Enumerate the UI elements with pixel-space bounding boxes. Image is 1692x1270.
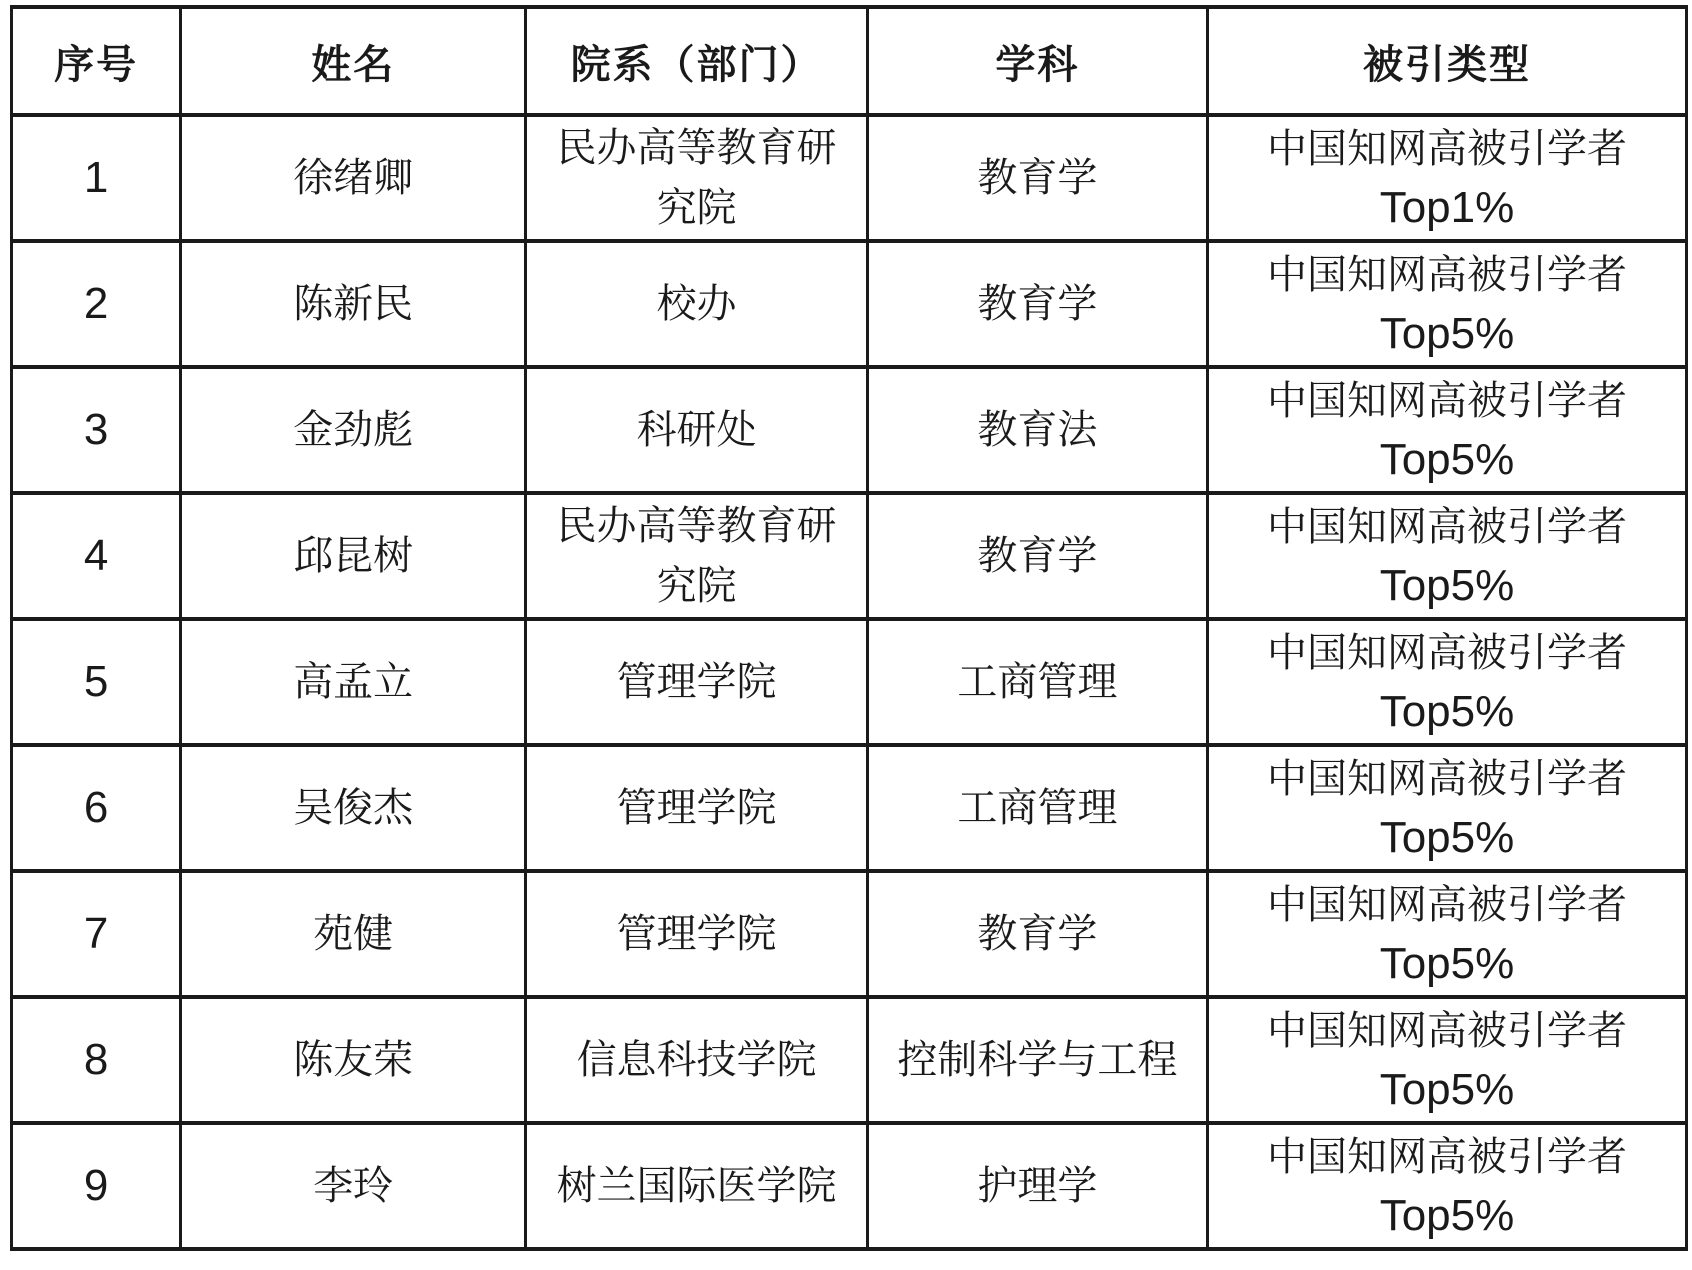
row-number: 9 bbox=[84, 1161, 108, 1210]
cell-dept: 管理学院 bbox=[526, 745, 868, 871]
cell-name: 陈友荣 bbox=[181, 997, 526, 1123]
cell-name: 金劲彪 bbox=[181, 367, 526, 493]
cite-type-label: 中国知网高被引学者 bbox=[1209, 371, 1685, 431]
cell-dept: 民办高等教育研究院 bbox=[526, 493, 868, 619]
row-number: 1 bbox=[84, 153, 108, 202]
row-number: 7 bbox=[84, 909, 108, 958]
header-cell-name: 姓名 bbox=[181, 7, 526, 115]
row-number: 4 bbox=[84, 531, 108, 580]
header-cell-no: 序号 bbox=[12, 7, 181, 115]
row-number: 2 bbox=[84, 279, 108, 328]
table-row: 6吴俊杰管理学院工商管理中国知网高被引学者Top5% bbox=[12, 745, 1687, 871]
cell-cite-type: 中国知网高被引学者Top5% bbox=[1207, 745, 1686, 871]
cell-no: 8 bbox=[12, 997, 181, 1123]
cite-type-tier: Top5% bbox=[1209, 935, 1685, 993]
cell-dept: 管理学院 bbox=[526, 871, 868, 997]
row-number: 5 bbox=[84, 657, 108, 706]
table-body: 1徐绪卿民办高等教育研究院教育学中国知网高被引学者Top1%2陈新民校办教育学中… bbox=[12, 115, 1687, 1249]
cell-no: 6 bbox=[12, 745, 181, 871]
cell-dept: 信息科技学院 bbox=[526, 997, 868, 1123]
cell-discipline: 工商管理 bbox=[867, 745, 1207, 871]
cite-type-label: 中国知网高被引学者 bbox=[1209, 1001, 1685, 1061]
header-cell-cite-type: 被引类型 bbox=[1207, 7, 1686, 115]
cell-discipline: 教育学 bbox=[867, 493, 1207, 619]
cite-type-tier: Top5% bbox=[1209, 1187, 1685, 1245]
cell-discipline: 教育学 bbox=[867, 115, 1207, 241]
table-row: 8陈友荣信息科技学院控制科学与工程中国知网高被引学者Top5% bbox=[12, 997, 1687, 1123]
cell-discipline: 教育学 bbox=[867, 871, 1207, 997]
table-row: 7苑健管理学院教育学中国知网高被引学者Top5% bbox=[12, 871, 1687, 997]
cite-type-label: 中国知网高被引学者 bbox=[1209, 623, 1685, 683]
cite-type-label: 中国知网高被引学者 bbox=[1209, 119, 1685, 179]
table-row: 3金劲彪科研处教育法中国知网高被引学者Top5% bbox=[12, 367, 1687, 493]
cell-discipline: 控制科学与工程 bbox=[867, 997, 1207, 1123]
cite-type-tier: Top5% bbox=[1209, 683, 1685, 741]
cite-type-tier: Top5% bbox=[1209, 431, 1685, 489]
cell-dept: 管理学院 bbox=[526, 619, 868, 745]
cell-discipline: 护理学 bbox=[867, 1123, 1207, 1249]
cell-discipline: 教育法 bbox=[867, 367, 1207, 493]
cite-type-tier: Top1% bbox=[1209, 179, 1685, 237]
cell-no: 4 bbox=[12, 493, 181, 619]
cite-type-tier: Top5% bbox=[1209, 557, 1685, 615]
cite-type-label: 中国知网高被引学者 bbox=[1209, 245, 1685, 305]
cell-dept: 民办高等教育研究院 bbox=[526, 115, 868, 241]
row-number: 8 bbox=[84, 1035, 108, 1084]
cell-cite-type: 中国知网高被引学者Top5% bbox=[1207, 241, 1686, 367]
cite-type-label: 中国知网高被引学者 bbox=[1209, 749, 1685, 809]
cite-type-label: 中国知网高被引学者 bbox=[1209, 875, 1685, 935]
cell-cite-type: 中国知网高被引学者Top5% bbox=[1207, 1123, 1686, 1249]
cite-type-label: 中国知网高被引学者 bbox=[1209, 497, 1685, 557]
header-cell-discipline: 学科 bbox=[867, 7, 1207, 115]
cell-name: 李玲 bbox=[181, 1123, 526, 1249]
cell-name: 徐绪卿 bbox=[181, 115, 526, 241]
table-row: 4邱昆树民办高等教育研究院教育学中国知网高被引学者Top5% bbox=[12, 493, 1687, 619]
cell-cite-type: 中国知网高被引学者Top5% bbox=[1207, 871, 1686, 997]
scholars-table: 序号 姓名 院系（部门） 学科 被引类型 1徐绪卿民办高等教育研究院教育学中国知… bbox=[10, 5, 1688, 1251]
cell-no: 5 bbox=[12, 619, 181, 745]
cell-discipline: 教育学 bbox=[867, 241, 1207, 367]
cell-name: 吴俊杰 bbox=[181, 745, 526, 871]
cite-type-tier: Top5% bbox=[1209, 809, 1685, 867]
header-row: 序号 姓名 院系（部门） 学科 被引类型 bbox=[12, 7, 1687, 115]
table-row: 2陈新民校办教育学中国知网高被引学者Top5% bbox=[12, 241, 1687, 367]
table-row: 9李玲树兰国际医学院护理学中国知网高被引学者Top5% bbox=[12, 1123, 1687, 1249]
cite-type-tier: Top5% bbox=[1209, 305, 1685, 363]
row-number: 6 bbox=[84, 783, 108, 832]
cell-no: 2 bbox=[12, 241, 181, 367]
cell-name: 邱昆树 bbox=[181, 493, 526, 619]
cell-cite-type: 中国知网高被引学者Top5% bbox=[1207, 493, 1686, 619]
cell-no: 1 bbox=[12, 115, 181, 241]
cell-name: 高孟立 bbox=[181, 619, 526, 745]
row-number: 3 bbox=[84, 405, 108, 454]
header-cell-dept: 院系（部门） bbox=[526, 7, 868, 115]
cell-name: 苑健 bbox=[181, 871, 526, 997]
table-row: 5高孟立管理学院工商管理中国知网高被引学者Top5% bbox=[12, 619, 1687, 745]
cell-cite-type: 中国知网高被引学者Top5% bbox=[1207, 997, 1686, 1123]
scholars-table-container: 序号 姓名 院系（部门） 学科 被引类型 1徐绪卿民办高等教育研究院教育学中国知… bbox=[10, 5, 1688, 1251]
cell-name: 陈新民 bbox=[181, 241, 526, 367]
cell-no: 9 bbox=[12, 1123, 181, 1249]
cell-no: 3 bbox=[12, 367, 181, 493]
table-row: 1徐绪卿民办高等教育研究院教育学中国知网高被引学者Top1% bbox=[12, 115, 1687, 241]
cell-discipline: 工商管理 bbox=[867, 619, 1207, 745]
cell-dept: 树兰国际医学院 bbox=[526, 1123, 868, 1249]
cite-type-label: 中国知网高被引学者 bbox=[1209, 1127, 1685, 1187]
cell-cite-type: 中国知网高被引学者Top5% bbox=[1207, 619, 1686, 745]
cell-cite-type: 中国知网高被引学者Top5% bbox=[1207, 367, 1686, 493]
cell-dept: 校办 bbox=[526, 241, 868, 367]
cell-dept: 科研处 bbox=[526, 367, 868, 493]
cell-no: 7 bbox=[12, 871, 181, 997]
cell-cite-type: 中国知网高被引学者Top1% bbox=[1207, 115, 1686, 241]
cite-type-tier: Top5% bbox=[1209, 1061, 1685, 1119]
